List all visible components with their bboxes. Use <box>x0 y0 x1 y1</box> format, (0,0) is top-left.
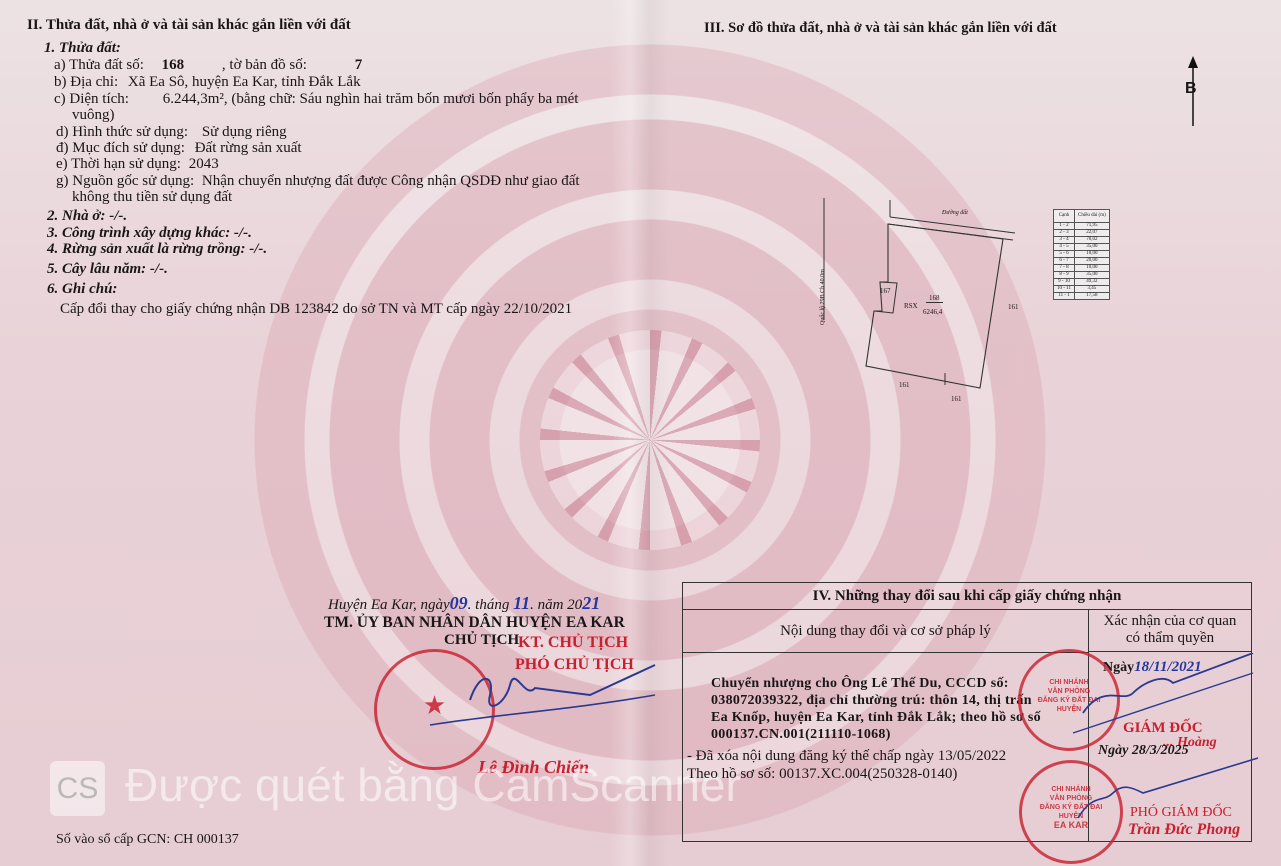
notes-text: Cấp đổi thay cho giấy chứng nhận DB 1238… <box>60 301 572 318</box>
edge-table-row: 8 - 935,00 <box>1054 272 1110 279</box>
parcel-heading: 1. Thửa đất: <box>44 40 121 57</box>
edge-name: 2 - 3 <box>1054 230 1075 237</box>
neighbor-161-bottom-left: 161 <box>899 381 910 389</box>
map-sheet-number: 7 <box>355 57 363 73</box>
origin-row: g) Nguồn gốc sử dụng: Nhận chuyển nhượng… <box>56 173 580 190</box>
use-form-row: d) Hình thức sử dụng: Sử dụng riêng <box>56 124 287 141</box>
address-label: b) Địa chỉ: <box>54 74 118 90</box>
edge-name: 3 - 4 <box>1054 237 1075 244</box>
north-arrow: B <box>1187 56 1199 131</box>
area-value: 6.244,3m², (bằng chữ: Sáu nghìn hai trăm… <box>163 91 579 107</box>
transfer-line-3: Ea Knốp, huyện Ea Kar, tỉnh Đắk Lắk; the… <box>711 709 1041 726</box>
parcel-diagram: Đường đất Quốc lộ 29B Ch 40.0m 167 RSX 1… <box>810 190 1050 410</box>
use-purpose-label: đ) Mục đích sử dụng: <box>56 140 185 156</box>
issuer-role: CHỦ TỊCH <box>444 632 519 649</box>
edge-name: 8 - 9 <box>1054 272 1075 279</box>
map-sheet-label: , tờ bản đồ số: <box>222 57 307 73</box>
edge-name: 4 - 5 <box>1054 244 1075 251</box>
use-purpose-value: Đất rừng sản xuất <box>195 140 302 156</box>
neighbor-167: 167 <box>880 287 891 295</box>
parcel-use-code: RSX <box>904 302 918 310</box>
address-row: b) Địa chỉ: Xã Ea Sô, huyện Ea Kar, tỉnh… <box>54 74 361 91</box>
camscanner-watermark: CSĐược quét bằng CamScanner <box>50 758 741 816</box>
edge-table-row: 9 - 1049,32 <box>1054 279 1110 286</box>
neighbor-161-right: 161 <box>1008 303 1019 311</box>
mortgage-release-line-1: - Đã xóa nội dung đăng ký thế chấp ngày … <box>687 747 1006 765</box>
use-form-label: d) Hình thức sử dụng: <box>56 124 188 140</box>
edge-table-row: 7 - 810,00 <box>1054 265 1110 272</box>
use-purpose-row: đ) Mục đích sử dụng: Đất rừng sản xuất <box>56 140 302 157</box>
mortgage-release-entry: - Đã xóa nội dung đăng ký thế chấp ngày … <box>687 747 1006 783</box>
edge-table-row: 3 - 470,02 <box>1054 237 1110 244</box>
authority-header-line2: có thẩm quyền <box>1089 630 1251 647</box>
origin-value-cont: không thu tiền sử dụng đất <box>72 189 232 206</box>
other-construction-item: 3. Công trình xây dựng khác: -/-. <box>47 225 252 242</box>
transfer-line-2: 038072039322, địa chỉ thường trú: thôn 1… <box>711 692 1041 709</box>
edge-length: 35,00 <box>1074 272 1109 279</box>
length-col-header: Chiều dài (m) <box>1074 210 1109 223</box>
authority-confirmation-header: Xác nhận của cơ quan có thẩm quyền <box>1089 610 1251 652</box>
use-term-value: 2043 <box>189 156 219 172</box>
edge-length: 20,00 <box>1074 258 1109 265</box>
parcel-area-diagram: 6246,4 <box>923 308 942 316</box>
origin-label: g) Nguồn gốc sử dụng: <box>56 173 194 189</box>
issue-month: 11 <box>513 593 530 613</box>
deputy-role-1: KT. CHỦ TỊCH <box>518 634 628 652</box>
signature-scribble <box>410 660 660 750</box>
address-value: Xã Ea Sô, huyện Ea Kar, tỉnh Đắk Lắk <box>128 74 361 90</box>
edge-length: 70,02 <box>1074 237 1109 244</box>
notes-heading: 6. Ghi chú: <box>47 281 117 298</box>
origin-value: Nhận chuyển nhượng đất được Công nhận QS… <box>202 173 580 189</box>
edge-name: 6 - 7 <box>1054 258 1075 265</box>
edge-length: 71,95 <box>1074 223 1109 230</box>
edge-table-row: 1 - 271,95 <box>1054 223 1110 230</box>
edge-length: 35,00 <box>1074 244 1109 251</box>
parcel-number: 168 <box>162 57 185 73</box>
issuer-org: TM. ỦY BAN NHÂN DÂN HUYỆN EA KAR <box>324 614 625 632</box>
area-value-cont: vuông) <box>72 107 115 124</box>
edge-table-row: 5 - 610,00 <box>1054 251 1110 258</box>
edge-name: 10 - 11 <box>1054 286 1075 293</box>
cs-logo-icon: CS <box>50 761 105 816</box>
use-form-value: Sử dụng riêng <box>202 124 287 140</box>
watermark-text: Được quét bằng CamScanner <box>125 759 741 811</box>
parcel-number-row: a) Thửa đất số: 168 , tờ bản đồ số: 7 <box>54 57 362 74</box>
section-4-title: IV. Những thay đổi sau khi cấp giấy chứn… <box>683 583 1251 610</box>
section-2-title: II. Thửa đất, nhà ở và tài sản khác gắn … <box>27 17 351 34</box>
edge-length-table: Cạnh Chiều dài (m) 1 - 271,952 - 322,073… <box>1053 209 1110 300</box>
edge-table-row: 4 - 535,00 <box>1054 244 1110 251</box>
perennial-trees-item: 5. Cây lâu năm: -/-. <box>47 261 168 278</box>
changes-content-header: Nội dung thay đổi và cơ sở pháp lý <box>683 610 1089 653</box>
neighbor-161-bottom: 161 <box>951 395 962 403</box>
edge-name: 9 - 10 <box>1054 279 1075 286</box>
edge-length: 10,00 <box>1074 251 1109 258</box>
use-term-row: e) Thời hạn sử dụng: 2043 <box>56 156 219 173</box>
edge-name: 5 - 6 <box>1054 251 1075 258</box>
edge-table-row: 11 - 117,58 <box>1054 293 1110 300</box>
use-term-label: e) Thời hạn sử dụng: <box>56 156 181 172</box>
north-label: B <box>1185 80 1197 98</box>
mortgage-release-line-2: Theo hồ sơ số: 00137.XC.004(250328-0140) <box>687 765 1006 783</box>
edge-length: 22,07 <box>1074 230 1109 237</box>
edge-name: 11 - 1 <box>1054 293 1075 300</box>
month-label: tháng <box>475 597 509 613</box>
transfer-line-1: Chuyển nhượng cho Ông Lê Thế Du, CCCD số… <box>711 675 1041 692</box>
edge-table-header: Cạnh Chiều dài (m) <box>1054 210 1110 223</box>
area-label: c) Diện tích: <box>54 91 129 107</box>
edge-col-header: Cạnh <box>1054 210 1075 223</box>
area-row: c) Diện tích: 6.244,3m², (bằng chữ: Sáu … <box>54 91 578 108</box>
house-item: 2. Nhà ở: -/-. <box>47 208 127 225</box>
edge-table-row: 10 - 113,45 <box>1054 286 1110 293</box>
place-date: Huyện Ea Kar, ngày09. tháng 11. năm 2021 <box>328 595 600 614</box>
authority-header-line1: Xác nhận của cơ quan <box>1089 613 1251 630</box>
transfer-entry: Chuyển nhượng cho Ông Lê Thế Du, CCCD số… <box>711 675 1041 743</box>
edge-length: 3,45 <box>1074 286 1109 293</box>
year-label: năm 20 <box>538 597 583 613</box>
issue-year: 21 <box>582 593 600 613</box>
registry-label: Số vào sổ cấp GCN: <box>56 832 170 847</box>
edge-name: 7 - 8 <box>1054 265 1075 272</box>
edge-length: 10,00 <box>1074 265 1109 272</box>
road-top-label: Đường đất <box>942 210 968 216</box>
parcel-number-label-diagram: 168 <box>926 294 943 303</box>
authority-signatures <box>1063 653 1263 833</box>
issue-day: 09 <box>450 593 468 613</box>
edge-table-row: 6 - 720,00 <box>1054 258 1110 265</box>
registry-number: Số vào sổ cấp GCN: CH 000137 <box>56 832 239 848</box>
place-date-prefix: Huyện Ea Kar, ngày <box>328 597 450 613</box>
planted-forest-item: 4. Rừng sản xuất là rừng trồng: -/-. <box>47 241 267 258</box>
section-4-changes-table: IV. Những thay đổi sau khi cấp giấy chứn… <box>682 582 1252 842</box>
road-left-label: Quốc lộ 29B Ch 40.0m <box>820 269 826 325</box>
edge-length: 49,32 <box>1074 279 1109 286</box>
registry-value: CH 000137 <box>174 832 239 847</box>
edge-length: 17,58 <box>1074 293 1109 300</box>
parcel-number-label: a) Thửa đất số: <box>54 57 144 73</box>
edge-name: 1 - 2 <box>1054 223 1075 230</box>
transfer-line-4: 000137.CN.001(211110-1068) <box>711 726 1041 743</box>
edge-table-row: 2 - 322,07 <box>1054 230 1110 237</box>
section-3-title: III. Sơ đồ thửa đất, nhà ở và tài sản kh… <box>704 20 1057 37</box>
